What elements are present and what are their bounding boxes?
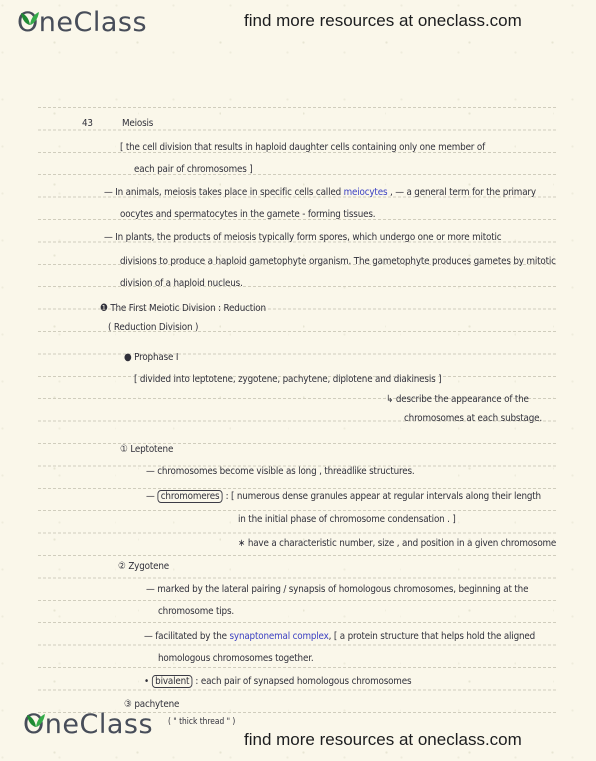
- note-section-prophase-1: ● Prophase I: [124, 351, 178, 364]
- note-annotation: ( " thick thread " ): [168, 716, 235, 729]
- note-line: • bivalent : each pair of synapsed homol…: [144, 675, 411, 688]
- note-title: Meiosis: [122, 117, 153, 130]
- header-tagline: find more resources at oneclass.com: [244, 11, 522, 31]
- note-line: oocytes and spermatocytes in the gamete …: [120, 208, 375, 221]
- note-line: division of a haploid nucleus.: [120, 277, 243, 290]
- term-meiocytes: meiocytes: [344, 187, 388, 198]
- note-line: chromosome tips.: [158, 605, 234, 618]
- note-section-pachytene: ③ pachytene: [124, 698, 179, 711]
- footer-tagline: find more resources at oneclass.com: [244, 730, 522, 750]
- note-line: — In plants, the products of meiosis typ…: [104, 231, 501, 244]
- notes-page: OneClass find more resources at oneclass…: [0, 0, 596, 761]
- term-synaptonemal-complex: synaptonemal complex: [229, 631, 328, 642]
- note-line: ( Reduction Division ): [108, 321, 198, 334]
- leaf-icon: [21, 0, 39, 13]
- note-section-first-meiotic-division: ❶ The First Meiotic Division : Reduction: [100, 302, 266, 315]
- note-annotation: ∗ have a characteristic number, size , a…: [238, 537, 556, 550]
- note-line: divisions to produce a haploid gametophy…: [120, 255, 556, 268]
- oneclass-logo-footer: OneClass: [23, 708, 153, 742]
- note-section-leptotene: ① Leptotene: [120, 443, 173, 456]
- note-line: [ divided into leptotene, zygotene, pach…: [134, 373, 441, 386]
- note-line: [ the cell division that results in hapl…: [120, 141, 485, 154]
- note-line: homologous chromosomes together.: [158, 652, 313, 665]
- term-chromomeres: chromomeres: [157, 490, 223, 503]
- note-section-zygotene: ② Zygotene: [118, 560, 169, 573]
- note-line: — marked by the lateral pairing / synaps…: [146, 583, 528, 596]
- note-line: in the initial phase of chromosome conde…: [238, 513, 456, 526]
- note-line: each pair of chromosomes ]: [134, 163, 253, 176]
- note-line: — chromosomes become visible as long , t…: [146, 465, 415, 478]
- leaf-icon: [27, 702, 45, 715]
- term-bivalent: bivalent: [152, 675, 193, 688]
- note-line: — facilitated by the synaptonemal comple…: [144, 630, 535, 643]
- note-line: — In animals, meiosis takes place in spe…: [104, 186, 536, 199]
- note-line: — chromomeres : [ numerous dense granule…: [146, 490, 541, 503]
- note-annotation: chromosomes at each substage.: [404, 412, 542, 425]
- oneclass-logo: OneClass: [17, 6, 147, 40]
- note-page-number: 43: [82, 117, 93, 130]
- note-annotation: ↳ describe the appearance of the: [386, 393, 529, 406]
